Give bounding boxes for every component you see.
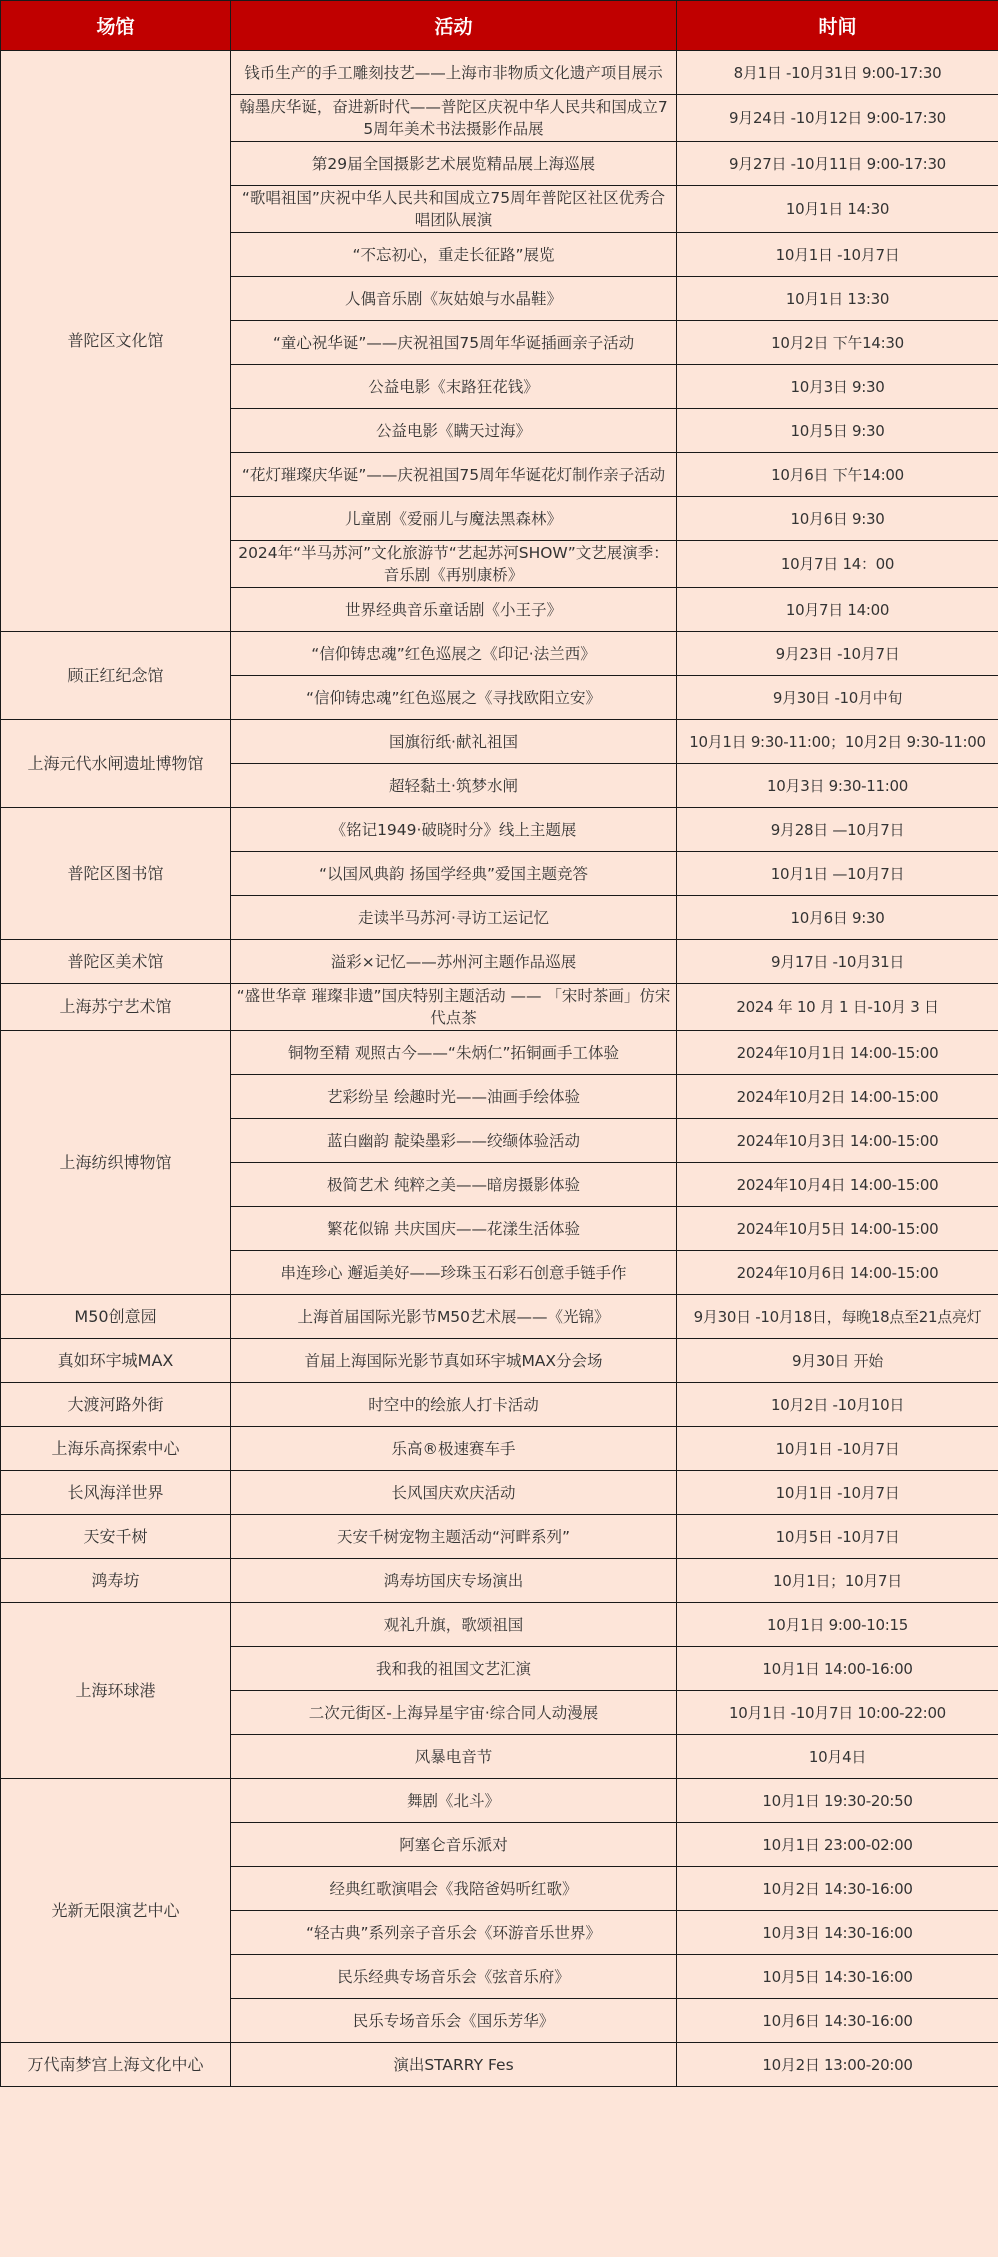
time-cell: 10月3日 14:30-16:00 [677, 1911, 998, 1955]
activity-cell: 首届上海国际光影节真如环宇城MAX分会场 [231, 1339, 677, 1383]
venue-cell: 上海环球港 [1, 1603, 231, 1779]
venue-cell: 上海苏宁艺术馆 [1, 984, 231, 1031]
time-cell: 10月6日 9:30 [677, 896, 998, 940]
activity-cell: 2024年“半马苏河”文化旅游节“艺起苏河SHOW”文艺展演季：音乐剧《再别康桥… [231, 541, 677, 588]
activity-cell: 艺彩纷呈 绘趣时光——油画手绘体验 [231, 1075, 677, 1119]
time-cell: 10月7日 14：00 [677, 541, 998, 588]
activity-cell: 上海首届国际光影节M50艺术展——《光锦》 [231, 1295, 677, 1339]
time-cell: 8月1日 -10月31日 9:00-17:30 [677, 51, 998, 95]
time-cell: 2024 年 10 月 1 日-10月 3 日 [677, 984, 998, 1031]
time-cell: 10月4日 [677, 1735, 998, 1779]
header-venue: 场馆 [1, 1, 231, 51]
venue-cell: 大渡河路外街 [1, 1383, 231, 1427]
time-cell: 2024年10月4日 14:00-15:00 [677, 1163, 998, 1207]
time-cell: 10月1日 9:30-11:00；10月2日 9:30-11:00 [677, 720, 998, 764]
activity-cell: 我和我的祖国文艺汇演 [231, 1647, 677, 1691]
time-cell: 2024年10月6日 14:00-15:00 [677, 1251, 998, 1295]
time-cell: 10月6日 9:30 [677, 497, 998, 541]
activity-cell: 观礼升旗，歌颂祖国 [231, 1603, 677, 1647]
venue-cell: 长风海洋世界 [1, 1471, 231, 1515]
time-cell: 10月1日 —10月7日 [677, 852, 998, 896]
venue-cell: 鸿寿坊 [1, 1559, 231, 1603]
activity-cell: 超轻黏土·筑梦水闸 [231, 764, 677, 808]
activity-cell: 舞剧《北斗》 [231, 1779, 677, 1823]
table-row: 大渡河路外街时空中的绘旅人打卡活动10月2日 -10月10日 [1, 1383, 998, 1427]
time-cell: 10月1日；10月7日 [677, 1559, 998, 1603]
venue-cell: 顾正红纪念馆 [1, 632, 231, 720]
activity-cell: 民乐专场音乐会《国乐芳华》 [231, 1999, 677, 2043]
venue-cell: 上海元代水闸遗址博物馆 [1, 720, 231, 808]
time-cell: 9月24日 -10月12日 9:00-17:30 [677, 95, 998, 142]
activity-cell: 天安千树宠物主题活动“河畔系列” [231, 1515, 677, 1559]
activity-cell: 时空中的绘旅人打卡活动 [231, 1383, 677, 1427]
venue-cell: 上海纺织博物馆 [1, 1031, 231, 1295]
table-body: 普陀区文化馆钱币生产的手工雕刻技艺——上海市非物质文化遗产项目展示8月1日 -1… [1, 51, 998, 2087]
table-row: 上海乐高探索中心乐高®极速赛车手10月1日 -10月7日 [1, 1427, 998, 1471]
time-cell: 9月27日 -10月11日 9:00-17:30 [677, 142, 998, 186]
venue-cell: 上海乐高探索中心 [1, 1427, 231, 1471]
activity-cell: “不忘初心，重走长征路”展览 [231, 233, 677, 277]
activity-cell: “童心祝华诞”——庆祝祖国75周年华诞插画亲子活动 [231, 321, 677, 365]
header-activity: 活动 [231, 1, 677, 51]
time-cell: 10月2日 14:30-16:00 [677, 1867, 998, 1911]
activity-cell: 风暴电音节 [231, 1735, 677, 1779]
activity-cell: “以国风典韵 扬国学经典”爱国主题竞答 [231, 852, 677, 896]
time-cell: 10月1日 14:30 [677, 186, 998, 233]
venue-cell: 万代南梦宫上海文化中心 [1, 2043, 231, 2087]
table-row: 鸿寿坊鸿寿坊国庆专场演出10月1日；10月7日 [1, 1559, 998, 1603]
time-cell: 10月1日 9:00-10:15 [677, 1603, 998, 1647]
venue-cell: 普陀区文化馆 [1, 51, 231, 632]
time-cell: 9月30日 -10月中旬 [677, 676, 998, 720]
event-schedule-table: 场馆 活动 时间 普陀区文化馆钱币生产的手工雕刻技艺——上海市非物质文化遗产项目… [0, 0, 998, 2087]
time-cell: 10月3日 9:30-11:00 [677, 764, 998, 808]
activity-cell: 翰墨庆华诞，奋进新时代——普陀区庆祝中华人民共和国成立75周年美术书法摄影作品展 [231, 95, 677, 142]
time-cell: 10月2日 -10月10日 [677, 1383, 998, 1427]
activity-cell: 儿童剧《爱丽儿与魔法黑森林》 [231, 497, 677, 541]
table-row: 真如环宇城MAX首届上海国际光影节真如环宇城MAX分会场9月30日 开始 [1, 1339, 998, 1383]
time-cell: 2024年10月2日 14:00-15:00 [677, 1075, 998, 1119]
venue-cell: 普陀区图书馆 [1, 808, 231, 940]
time-cell: 10月7日 14:00 [677, 588, 998, 632]
header-time: 时间 [677, 1, 998, 51]
time-cell: 10月1日 -10月7日 10:00-22:00 [677, 1691, 998, 1735]
venue-cell: 普陀区美术馆 [1, 940, 231, 984]
time-cell: 10月5日 14:30-16:00 [677, 1955, 998, 1999]
time-cell: 9月30日 -10月18日，每晚18点至21点亮灯 [677, 1295, 998, 1339]
time-cell: 10月6日 14:30-16:00 [677, 1999, 998, 2043]
time-cell: 10月5日 9:30 [677, 409, 998, 453]
time-cell: 2024年10月5日 14:00-15:00 [677, 1207, 998, 1251]
activity-cell: 二次元街区-上海异星宇宙·综合同人动漫展 [231, 1691, 677, 1735]
time-cell: 10月1日 -10月7日 [677, 1471, 998, 1515]
activity-cell: 极简艺术 纯粹之美——暗房摄影体验 [231, 1163, 677, 1207]
activity-cell: “信仰铸忠魂”红色巡展之《寻找欧阳立安》 [231, 676, 677, 720]
table-row: 上海元代水闸遗址博物馆国旗衍纸·献礼祖国10月1日 9:30-11:00；10月… [1, 720, 998, 764]
table-row: 顾正红纪念馆“信仰铸忠魂”红色巡展之《印记·法兰西》9月23日 -10月7日 [1, 632, 998, 676]
activity-cell: 演出STARRY Fes [231, 2043, 677, 2087]
time-cell: 10月6日 下午14:00 [677, 453, 998, 497]
table-row: 上海纺织博物馆铜物至精 观照古今——“朱炳仁”拓铜画手工体验2024年10月1日… [1, 1031, 998, 1075]
activity-cell: 公益电影《末路狂花钱》 [231, 365, 677, 409]
table-row: M50创意园上海首届国际光影节M50艺术展——《光锦》9月30日 -10月18日… [1, 1295, 998, 1339]
table-row: 万代南梦宫上海文化中心演出STARRY Fes10月2日 13:00-20:00 [1, 2043, 998, 2087]
activity-cell: 民乐经典专场音乐会《弦音乐府》 [231, 1955, 677, 1999]
table-row: 普陀区美术馆溢彩×记忆——苏州河主题作品巡展9月17日 -10月31日 [1, 940, 998, 984]
table-row: 光新无限演艺中心舞剧《北斗》10月1日 19:30-20:50 [1, 1779, 998, 1823]
time-cell: 10月1日 -10月7日 [677, 233, 998, 277]
time-cell: 10月1日 19:30-20:50 [677, 1779, 998, 1823]
activity-cell: 鸿寿坊国庆专场演出 [231, 1559, 677, 1603]
activity-cell: 繁花似锦 共庆国庆——花漾生活体验 [231, 1207, 677, 1251]
activity-cell: 《铭记1949·破晓时分》线上主题展 [231, 808, 677, 852]
activity-cell: 串连珍心 邂逅美好——珍珠玉石彩石创意手链手作 [231, 1251, 677, 1295]
activity-cell: 乐高®极速赛车手 [231, 1427, 677, 1471]
table-row: 上海环球港观礼升旗，歌颂祖国10月1日 9:00-10:15 [1, 1603, 998, 1647]
time-cell: 10月1日 13:30 [677, 277, 998, 321]
venue-cell: 天安千树 [1, 1515, 231, 1559]
activity-cell: “花灯璀璨庆华诞”——庆祝祖国75周年华诞花灯制作亲子活动 [231, 453, 677, 497]
time-cell: 10月2日 下午14:30 [677, 321, 998, 365]
table-row: 上海苏宁艺术馆“盛世华章 璀璨非遗”国庆特别主题活动 —— 「宋时茶画」仿宋代点… [1, 984, 998, 1031]
time-cell: 10月1日 14:00-16:00 [677, 1647, 998, 1691]
time-cell: 10月5日 -10月7日 [677, 1515, 998, 1559]
activity-cell: 人偶音乐剧《灰姑娘与水晶鞋》 [231, 277, 677, 321]
activity-cell: 公益电影《瞒天过海》 [231, 409, 677, 453]
time-cell: 9月23日 -10月7日 [677, 632, 998, 676]
activity-cell: 阿塞仑音乐派对 [231, 1823, 677, 1867]
time-cell: 2024年10月1日 14:00-15:00 [677, 1031, 998, 1075]
activity-cell: 铜物至精 观照古今——“朱炳仁”拓铜画手工体验 [231, 1031, 677, 1075]
activity-cell: “轻古典”系列亲子音乐会《环游音乐世界》 [231, 1911, 677, 1955]
table-row: 天安千树天安千树宠物主题活动“河畔系列”10月5日 -10月7日 [1, 1515, 998, 1559]
activity-cell: 走读半马苏河·寻访工运记忆 [231, 896, 677, 940]
activity-cell: 世界经典音乐童话剧《小王子》 [231, 588, 677, 632]
time-cell: 2024年10月3日 14:00-15:00 [677, 1119, 998, 1163]
activity-cell: 溢彩×记忆——苏州河主题作品巡展 [231, 940, 677, 984]
activity-cell: “信仰铸忠魂”红色巡展之《印记·法兰西》 [231, 632, 677, 676]
venue-cell: 光新无限演艺中心 [1, 1779, 231, 2043]
activity-cell: 蓝白幽韵 靛染墨彩——绞缬体验活动 [231, 1119, 677, 1163]
time-cell: 10月2日 13:00-20:00 [677, 2043, 998, 2087]
venue-cell: M50创意园 [1, 1295, 231, 1339]
time-cell: 9月30日 开始 [677, 1339, 998, 1383]
activity-cell: 第29届全国摄影艺术展览精品展上海巡展 [231, 142, 677, 186]
activity-cell: 国旗衍纸·献礼祖国 [231, 720, 677, 764]
activity-cell: “歌唱祖国”庆祝中华人民共和国成立75周年普陀区社区优秀合唱团队展演 [231, 186, 677, 233]
activity-cell: 钱币生产的手工雕刻技艺——上海市非物质文化遗产项目展示 [231, 51, 677, 95]
time-cell: 9月17日 -10月31日 [677, 940, 998, 984]
time-cell: 10月1日 23:00-02:00 [677, 1823, 998, 1867]
table-row: 普陀区文化馆钱币生产的手工雕刻技艺——上海市非物质文化遗产项目展示8月1日 -1… [1, 51, 998, 95]
time-cell: 9月28日 —10月7日 [677, 808, 998, 852]
activity-cell: “盛世华章 璀璨非遗”国庆特别主题活动 —— 「宋时茶画」仿宋代点茶 [231, 984, 677, 1031]
time-cell: 10月3日 9:30 [677, 365, 998, 409]
time-cell: 10月1日 -10月7日 [677, 1427, 998, 1471]
venue-cell: 真如环宇城MAX [1, 1339, 231, 1383]
table-row: 普陀区图书馆《铭记1949·破晓时分》线上主题展9月28日 —10月7日 [1, 808, 998, 852]
activity-cell: 经典红歌演唱会《我陪爸妈听红歌》 [231, 1867, 677, 1911]
table-row: 长风海洋世界长风国庆欢庆活动10月1日 -10月7日 [1, 1471, 998, 1515]
table-header-row: 场馆 活动 时间 [1, 1, 998, 51]
activity-cell: 长风国庆欢庆活动 [231, 1471, 677, 1515]
